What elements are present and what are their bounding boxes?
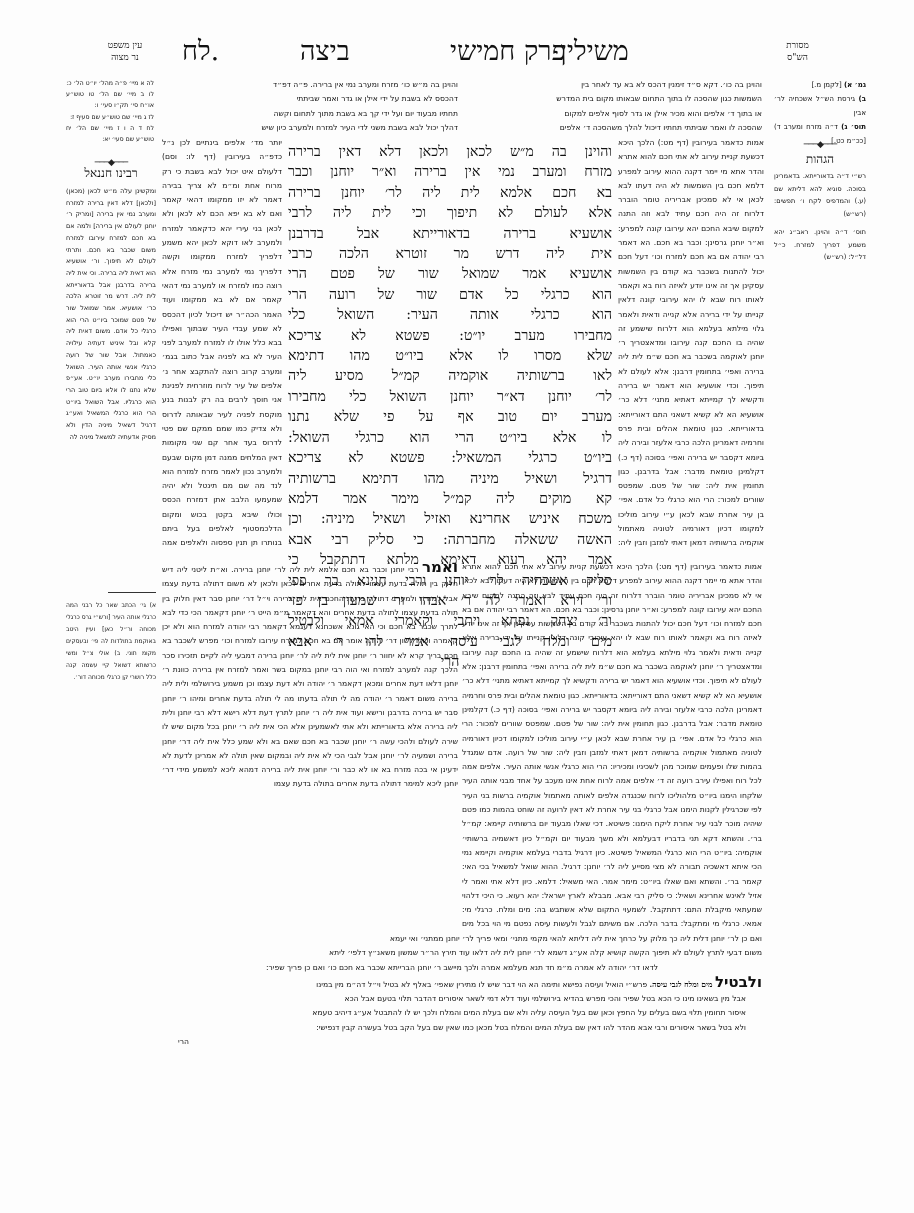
rashi-line: שהסכה לו ואמר שביתתי תחתיו דיכול להלך מש…	[462, 121, 762, 135]
chapter-name: משילין	[560, 38, 629, 65]
ein-mishpat-section: לה א מיי׳ פ״ה מהל׳ יו״ט הל׳ כ: לו ב מיי׳…	[66, 78, 154, 145]
masoret-label-line2: הש"ס	[775, 52, 820, 64]
gemara-line: אושעיא ברירה בדאורייתא אבל בדרבנן	[288, 224, 612, 244]
gemara-line: אית ליה דרש מר זוטרא הלכה כרבי	[288, 244, 612, 264]
gemara-line: לאו ברשותיה אוקמיה קמ״ל מסיע ליה	[288, 366, 612, 386]
hagahot-entry: תוס׳ ד״ה והוינן. ראב״ג יהא משמע דפריך למ…	[774, 226, 866, 264]
gemara-line: מחבירו מערב יו״ט: פשטא לא צריכא	[288, 326, 612, 346]
rashi-top-band: והוינן בה כו׳. דקא ס״ד זימנין דהכס לא בא…	[462, 78, 762, 135]
ein-mishpat-label: עין משפט נר מצוה	[95, 40, 155, 64]
ein-mishpat-label-line2: נר מצוה	[95, 52, 155, 64]
rashi-line: השמשות כגון שהסכה לו בתוך התחום שבאותו מ…	[462, 92, 762, 106]
rashi-line: והוינן בה כו׳. דקא ס״ד זימנין דהכס לא בא…	[462, 78, 762, 92]
tosafot-lower-column: ואמר רבי יוחנן וכבר בא חכם אלמא לית ליה …	[162, 560, 458, 932]
gemara-line: אלא לעולם לא תיפוך וכי לית ליה לרבי	[288, 203, 612, 223]
masoret-entry: גמ׳ א) [לקמן מ.]	[774, 78, 866, 92]
masoret-entry: ב) גירסת הש״ל אשכחיה לר׳ אבין	[774, 92, 866, 120]
rabbenu-chananel-footnote: א) גי׳ הכתב שאר כל רבני המה כרגלי אותה ה…	[66, 600, 156, 684]
bottom-dibbur-line: ולבטיל מים ומלח לגבי עיסה. פרש״י הואיל ו…	[162, 975, 762, 992]
ein-mishpat-label-line1: עין משפט	[95, 40, 155, 52]
bottom-line: משום דבעי לתרץ לעולם לא תיפוך הקשה קושיא…	[162, 946, 762, 960]
hagahot-title: הגהות	[774, 152, 866, 167]
tosafot-line: והוינן בה מ״ש כו׳ מזרח ומערב נמי אין ברי…	[162, 78, 458, 92]
gemara-line: הוא כרגלי אותה העיר: השואל כלי	[288, 305, 612, 325]
rabbenu-chananel-text: ומקשינן עלה מ״ש לכאן (מכאן) [ולכאן] דלא …	[66, 186, 156, 581]
tosafot-line: תחתיו מבעוד יום ועל ידי קך בא בשבת מתוך …	[162, 107, 458, 121]
tosafot-line: דהכסס לא בשבת על ידי אילן או גדר ואמר שב…	[162, 92, 458, 106]
gemara-line: והוינן בה מ״ש לכאן ולכאן דלא דאין ברירה	[288, 142, 612, 162]
rashi-line: או בתוך ד׳ אלפים והוא מכיר אילן או גדר ל…	[462, 107, 762, 121]
bottom-catchword: הרי	[162, 1035, 762, 1049]
tosafot-lower-text: רבי יוחנן וכבר בא חכם אלמא לית ליה לר׳ י…	[162, 565, 458, 788]
rashi-lower-column: אמות כדאמר בעירובין (דף מט:) הלכך היכא ד…	[462, 560, 762, 932]
masoret-label-line1: מסורת	[775, 40, 820, 52]
gemara-line: קא מוקים ליה קמ״ל מימר אמר דלמא	[288, 489, 612, 509]
chapter-number: פרק חמישי	[450, 38, 566, 65]
gemara-line: מערב יום טוב אף על פי שלא נתנו	[288, 407, 612, 427]
tosafot-dibbur-hamatchil: ואמר	[422, 560, 458, 576]
rabbenu-chananel-title: רבינו חננאל	[66, 166, 156, 181]
ein-mishpat-entry: לח ד ה ו ז מיי׳ שם הל׳ יח טוש״ע שם סעי׳ …	[66, 123, 154, 145]
gemara-line: ביו״ט כרגלי המשאיל: פשטא לא צריכא	[288, 448, 612, 468]
daf-number: לח.	[182, 38, 219, 65]
gemara-line: מזרח ומערב נמי אין ברירה וא״ר יוחנן וכבר	[288, 162, 612, 182]
bottom-line: ולא בטל בשאר איסורים ורבי אבא מהדר להו ד…	[162, 1021, 762, 1035]
bottom-text: פרש״י הואיל ועיסה נפישא ותימה הא הוי דבר…	[316, 980, 647, 989]
gemara-line: האשה ששאלה מחברתה: כי סליק רבי אבא	[288, 530, 612, 550]
gemara-line: דרגיל ושאיל מיניה מהו דתימא ברשותיה	[288, 469, 612, 489]
bottom-line: ואם כן לר׳ יוחנן דלית ליה כך מלוק על כרח…	[162, 932, 762, 946]
bottom-line: איסור תחומין תלוי בשם בעלים על החפץ וכאן…	[162, 1006, 762, 1020]
gemara-line: לו אלא ביו״ט הרי הוא כרגלי השואל:	[288, 428, 612, 448]
gemara-line: משכח איניש אחרינא ואזיל ושאיל מיניה: וכן	[288, 509, 612, 529]
bottom-line: אבל מין בשאינו מינו כי הכא בטל שפיר והכי…	[162, 992, 762, 1006]
tosafot-top-band: והוינן בה מ״ש כו׳ מזרח ומערב נמי אין ברי…	[162, 78, 458, 135]
ein-mishpat-entry: לז ג מיי׳ שם טוש״ע שם סעיף ז:	[66, 112, 154, 123]
ein-mishpat-entry: לה א מיי׳ פ״ה מהל׳ יו״ט הל׳ כ:	[66, 78, 154, 89]
gemara-line: שלא מסרו לו אלא ביו״ט מהו דתימא	[288, 346, 612, 366]
tosafot-text: יותר מד׳ אלפים בינתיים לכן נ״ל כדפ״ה בעי…	[162, 138, 282, 554]
hagahot-section: רש״י ד״ה בדאורייתא. בדאמרינן בסוכה. סוגי…	[774, 170, 866, 264]
rashi-text-continued: אמות כדאמר בעירובין (דף מט:) הלכך היכא ד…	[462, 562, 762, 932]
bottom-dibbur-rest: מים ומלח לגבי עיסה.	[650, 980, 713, 989]
rashi-column: אמות כדאמר בעירובין (דף מט:) הלכך היכא ד…	[618, 136, 764, 554]
bottom-dibbur-hamatchil: ולבטיל	[715, 975, 762, 991]
gemara-line: בא חכם אלמא לית ליה לר׳ יוחנן ברירה	[288, 183, 612, 203]
gemara-line: הוא כרגלי כל אדם שור של רועה הרי	[288, 285, 612, 305]
ornament-divider-icon: ───◆───	[784, 140, 856, 150]
ein-mishpat-entry: לו ב מיי׳ שם הל׳ טו טוש״ע או״ח סי׳ תק״ו …	[66, 89, 154, 111]
masoret-label: מסורת הש"ס	[775, 40, 820, 64]
gemara-line: אושעיא אמר שמואל שור של פטם הרי	[288, 264, 612, 284]
tractate-name: ביצה	[300, 38, 350, 65]
hagahot-entry: רש״י ד״ה בדאורייתא. בדאמרינן בסוכה. סוגי…	[774, 170, 866, 220]
footnote-divider	[108, 592, 156, 593]
masoret-hashas-section: גמ׳ א) [לקמן מ.] ב) גירסת הש״ל אשכחיה לר…	[774, 78, 866, 148]
tosafot-column: יותר מד׳ אלפים בינתיים לכן נ״ל כדפ״ה בעי…	[162, 136, 282, 554]
bottom-commentary: ואם כן לר׳ יוחנן דלית ליה כך מלוק על כרח…	[162, 932, 762, 1049]
tosafot-line: דהלך יכול לבא בשבת משני לדי העיר למזרח ו…	[162, 121, 458, 135]
bottom-line: לדאו דר׳ יהודה לא אמרה מ״מ חד תנא מעלמא …	[162, 961, 762, 975]
gemara-line: לר׳ יוחנן דא״ר יוחנן השואל כלי מחבירו	[288, 387, 612, 407]
rashi-text: אמות כדאמר בעירובין (דף מט:) הלכך היכא ד…	[618, 138, 764, 554]
